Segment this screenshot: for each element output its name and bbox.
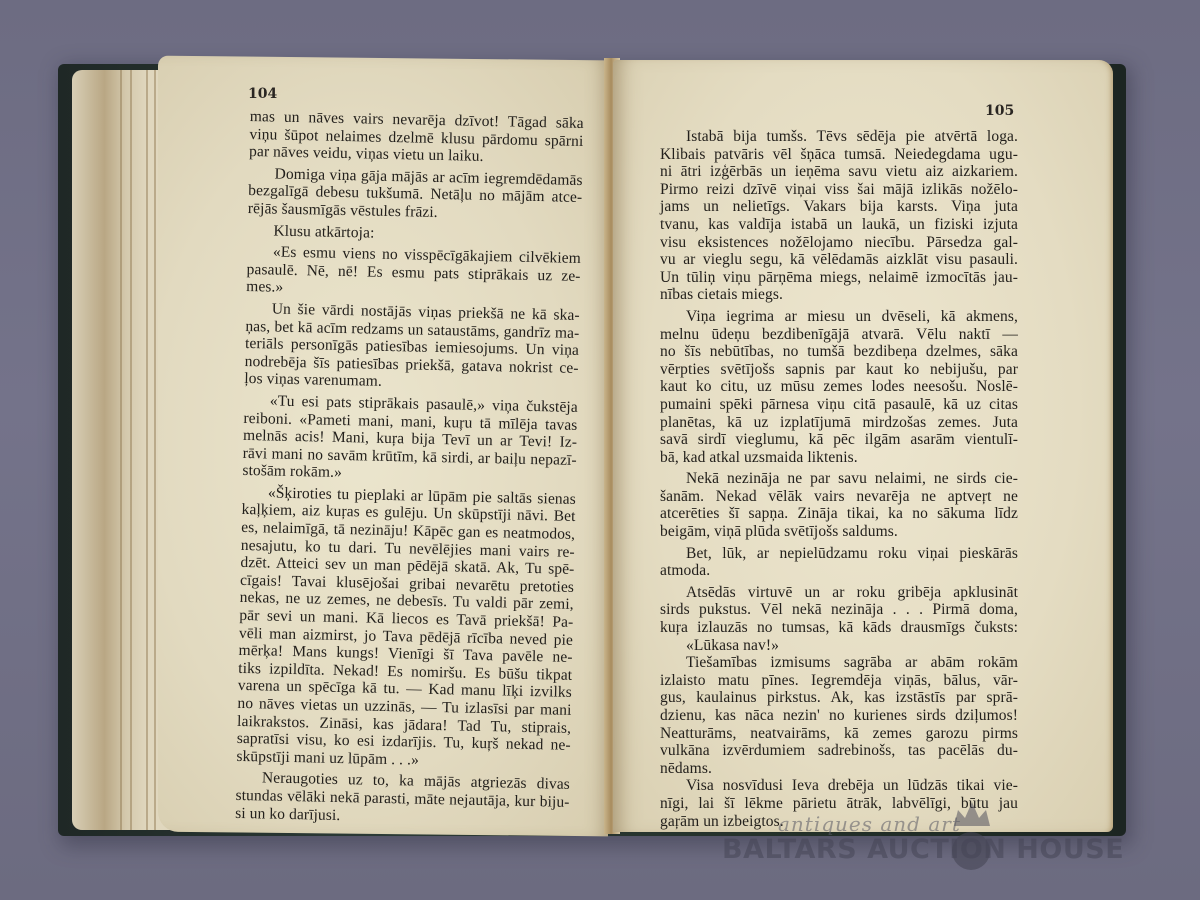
text-line: izlaisto matu pīnes. Iegremdēja viņās, b… bbox=[660, 672, 1018, 690]
text-line: Klusu atkārtoja: bbox=[247, 222, 581, 247]
page-edge-line bbox=[120, 70, 122, 830]
text-line: Neatturāms, neatvairāms, kā zemes garozu… bbox=[660, 725, 1018, 743]
text-line: kuŗa izlauzās no tumsas, kā kāds drausmī… bbox=[660, 619, 1018, 637]
text-line: šanām. Nekad vēlāk vairs nevarēja ne apt… bbox=[660, 488, 1018, 506]
text-line: vu ar vieglu segu, kā vēlēdamās aizklāt … bbox=[660, 251, 1018, 269]
text-line: gus, kaulainus pirkstus. Ak, kas izstāst… bbox=[660, 689, 1018, 707]
text-line: Un tūliņ viņu pārņēma miegs, nelaimē izm… bbox=[660, 269, 1018, 287]
right-page-number: 105 bbox=[985, 103, 1014, 119]
page-edge-line bbox=[146, 70, 148, 830]
text-line: Viņa iegrima ar miesu un dvēseli, kā akm… bbox=[660, 308, 1018, 326]
text-line: planētas, kā uz izplatījumā mirdzošas ze… bbox=[660, 414, 1018, 432]
text-line: nīgi, lai šī lēkme pārietu ātrāk, labvēl… bbox=[660, 795, 1018, 813]
text-line: ni ātri izģērbās un ieņēma savu vietu ai… bbox=[660, 163, 1018, 181]
text-line: beigām, viņā plūda svētījošs saldums. bbox=[660, 523, 1018, 541]
text-line: nēdams. bbox=[660, 760, 1018, 778]
text-line: sirds pukstus. Vēl nekā nezināja . . . P… bbox=[660, 601, 1018, 619]
text-line: tvanu, kas valdīja istabā un laukā, un f… bbox=[660, 216, 1018, 234]
text-line: kaut ko citu, uz mūsu zemes lodes neesoš… bbox=[660, 378, 1018, 396]
text-line: atcerēties šī sapņa. Zināja tikai, ka no… bbox=[660, 505, 1018, 523]
text-line: «Lūkasa nav!» bbox=[660, 637, 1018, 655]
text-line: no šīs nebūtības, no tumšā bezdibeņa dze… bbox=[660, 343, 1018, 361]
text-line: savā sirdī vieglumu, kā pēc ilgām asarām… bbox=[660, 431, 1018, 449]
left-page-text: mas un nāves vairs nevarēja dzīvot! Tāga… bbox=[235, 108, 584, 829]
text-line: visu eksistences nožēlojamo niecību. Pār… bbox=[660, 234, 1018, 252]
text-line: nības cietais miegs. bbox=[660, 286, 1018, 304]
text-line: gaŗām un izbeigtos. bbox=[660, 813, 1018, 831]
page-edge-line bbox=[154, 70, 156, 830]
text-line: jams un nelietīgs. Vakars bija karsts. V… bbox=[660, 198, 1018, 216]
text-line: Visa nosvīdusi Ieva drebēja un lūdzās ti… bbox=[660, 777, 1018, 795]
left-page-number: 104 bbox=[248, 86, 277, 102]
text-line: Nekā nezināja ne par savu nelaimi, ne si… bbox=[660, 470, 1018, 488]
text-line: Tiešamības izmisums sagrāba ar abām rokā… bbox=[660, 654, 1018, 672]
text-line: Atsēdās virtuvē un ar roku gribēja apklu… bbox=[660, 584, 1018, 602]
text-line: dzienu, kas nāca nezin' no kurienes sird… bbox=[660, 707, 1018, 725]
text-line: Bet, lūk, ar nepielūdzamu roku viņai pie… bbox=[660, 545, 1018, 563]
text-line: Klibais patvāris vēl šņāca tumsā. Neiede… bbox=[660, 146, 1018, 164]
text-line: Istabā bija tumšs. Tēvs sēdēja pie atvēr… bbox=[660, 128, 1018, 146]
text-line: atmoda. bbox=[660, 562, 1018, 580]
text-line: pumaini spēki pārnesa viņu citā pasaulē,… bbox=[660, 396, 1018, 414]
text-line: vulkāna izvērdumiem sadrebinošs, tas pac… bbox=[660, 742, 1018, 760]
page-edge-line bbox=[130, 70, 132, 830]
text-line: vērpties svētījošs sapnis par kaut ko ne… bbox=[660, 361, 1018, 379]
text-line: melnu ūdeņu bezdibenīgājā atvarā. Vēlu n… bbox=[660, 326, 1018, 344]
right-page-text: Istabā bija tumšs. Tēvs sēdēja pie atvēr… bbox=[660, 128, 1018, 830]
text-line: Pirmo reizi dzīvē viņai viss šai mājā iz… bbox=[660, 181, 1018, 199]
text-line: bā, kad atkal uzsmaida liktenis. bbox=[660, 449, 1018, 467]
